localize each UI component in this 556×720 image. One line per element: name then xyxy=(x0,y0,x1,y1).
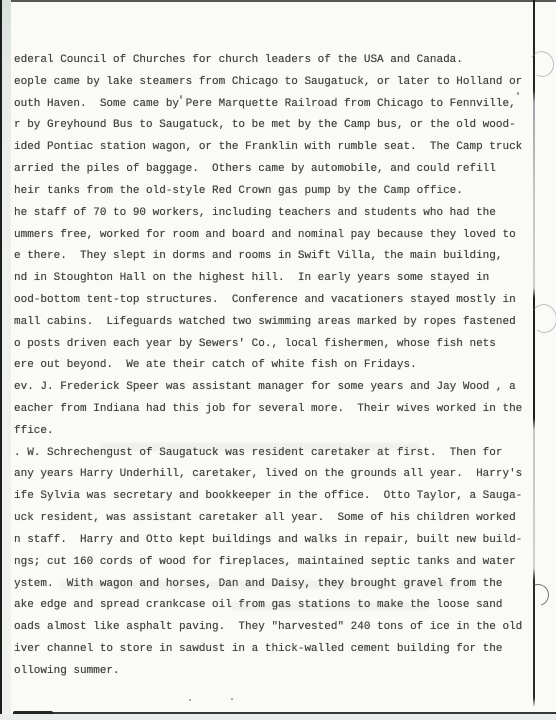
text-line: ystem. With wagon and horses, Dan and Da… xyxy=(14,574,548,596)
scan-bottom-strip xyxy=(0,714,556,720)
text-line: ffice. xyxy=(14,421,548,443)
text-line: ife Sylvia was secretary and bookkeeper … xyxy=(14,486,548,508)
scan-speck xyxy=(51,60,53,62)
text-line: ere out beyond. We ate their catch of wh… xyxy=(14,355,548,377)
text-line: iver channel to store in sawdust in a th… xyxy=(14,639,548,661)
text-line: uck resident, was assistant caretaker al… xyxy=(14,508,548,530)
scan-top-edge xyxy=(0,0,556,2)
text-line: o posts driven each year by Sewers' Co.,… xyxy=(14,334,548,356)
text-line: any years Harry Underhill, caretaker, li… xyxy=(14,464,548,486)
text-line: eople came by lake steamers from Chicago… xyxy=(14,72,548,94)
text-line: r by Greyhound Bus to Saugatuck, to be m… xyxy=(14,115,548,137)
page-left-margin-shadow xyxy=(2,0,11,720)
text-line: ederal Council of Churches for church le… xyxy=(14,50,548,72)
text-line: he staff of 70 to 90 workers, including … xyxy=(14,203,548,225)
text-line: ollowing summer. xyxy=(14,661,548,683)
text-line: ided Pontiac station wagon, or the Frank… xyxy=(14,137,548,159)
scan-speck xyxy=(44,60,46,62)
text-line: eacher from Indiana had this job for sev… xyxy=(14,399,548,421)
text-line: arried the piles of baggage. Others came… xyxy=(14,159,548,181)
scan-speck xyxy=(517,92,519,95)
text-line: ake edge and spread crankcase oil from g… xyxy=(14,595,548,617)
text-line: ummers free, worked for room and board a… xyxy=(14,225,548,247)
text-line: . W. Schrechengust of Saugatuck was resi… xyxy=(14,443,548,465)
text-line: nd in Stoughton Hall on the highest hill… xyxy=(14,268,548,290)
scan-speck xyxy=(180,95,182,99)
text-line: ev. J. Frederick Speer was assistant man… xyxy=(14,377,548,399)
text-line: n staff. Harry and Otto kept buildings a… xyxy=(14,530,548,552)
scan-speck xyxy=(231,698,233,700)
typewritten-text: ederal Council of Churches for church le… xyxy=(14,50,548,683)
text-line: oads almost like asphalt paving. They "h… xyxy=(14,617,548,639)
scanned-page: ederal Council of Churches for church le… xyxy=(0,0,556,720)
text-line: e there. They slept in dorms and rooms i… xyxy=(14,246,548,268)
text-line: outh Haven. Some came by Pere Marquette … xyxy=(14,94,548,116)
text-line: ngs; cut 160 cords of wood for fireplace… xyxy=(14,552,548,574)
scan-speck xyxy=(189,699,191,701)
text-line: ood-bottom tent-top structures. Conferen… xyxy=(14,290,548,312)
text-line: heir tanks from the old-style Red Crown … xyxy=(14,181,548,203)
text-line: mall cabins. Lifeguards watched two swim… xyxy=(14,312,548,334)
